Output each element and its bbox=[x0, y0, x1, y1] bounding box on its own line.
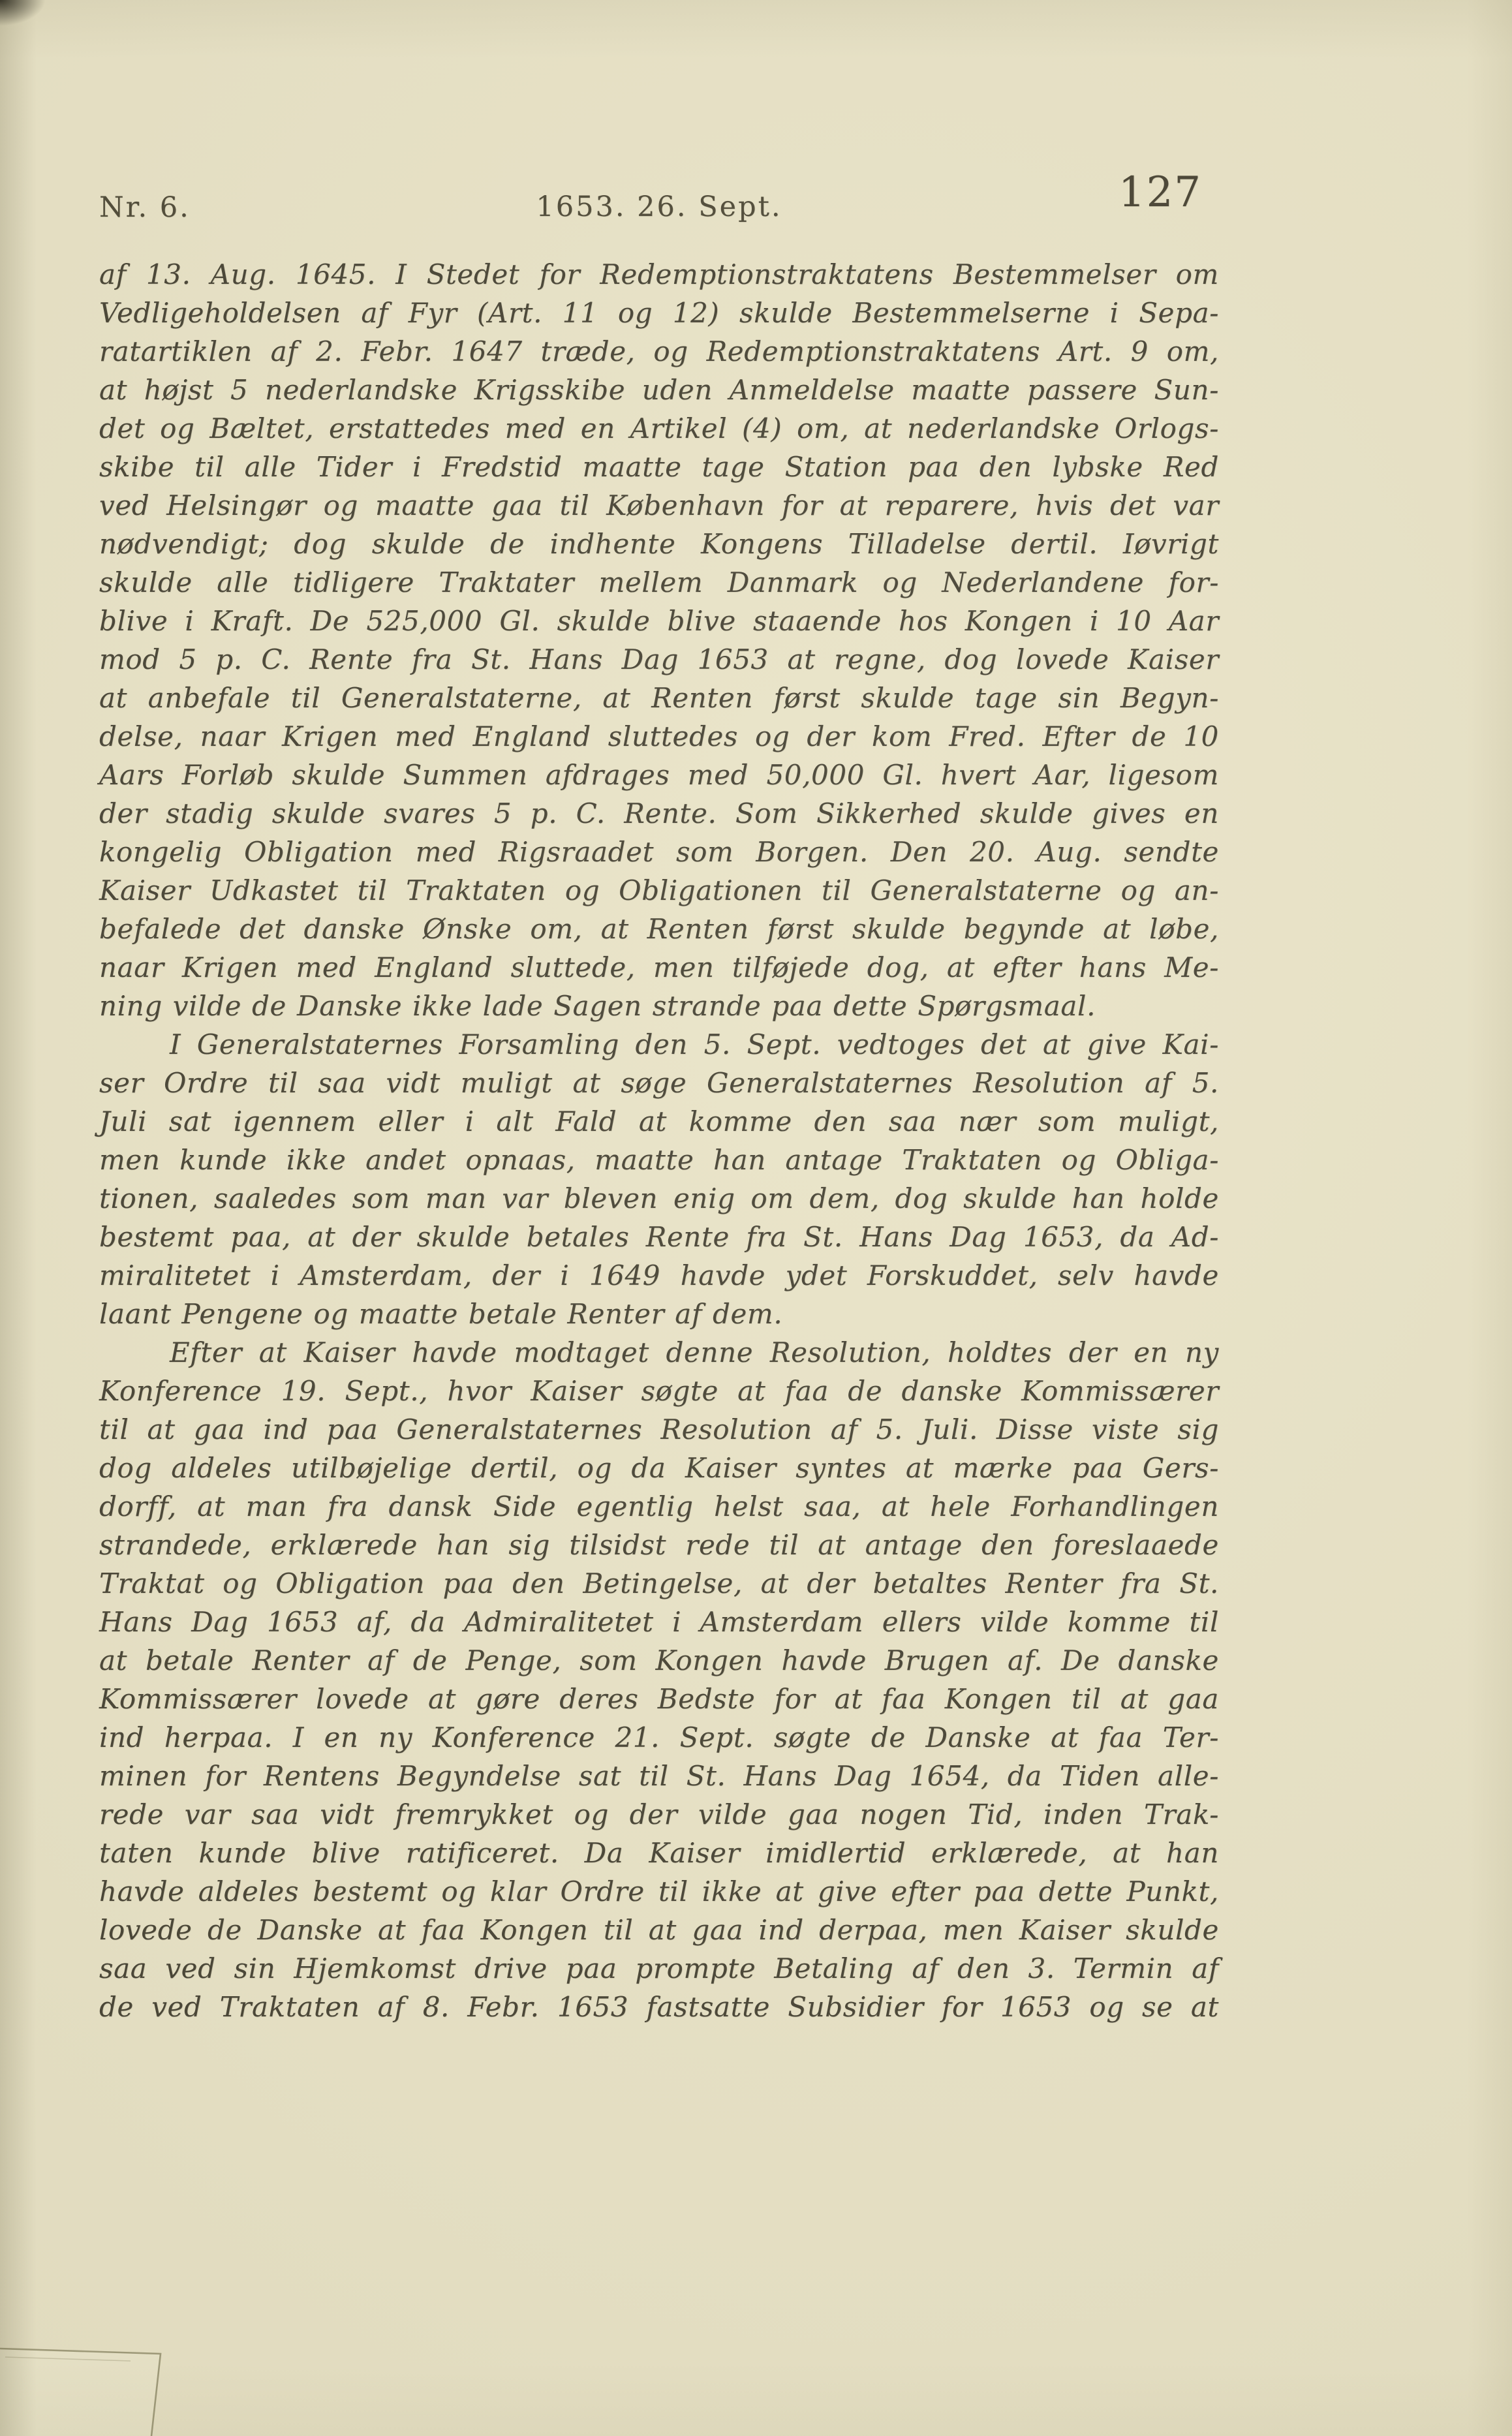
text-line: saa ved sin Hjemkomst drive paa prompte … bbox=[99, 1949, 1219, 1988]
text-line: Kaiser Udkastet til Traktaten og Obligat… bbox=[99, 871, 1219, 910]
text-line: rede var saa vidt fremrykket og der vild… bbox=[99, 1795, 1219, 1834]
scan-edge-smudge bbox=[0, 0, 46, 26]
text-line: ind herpaa. I en ny Konference 21. Sept.… bbox=[99, 1718, 1219, 1757]
text-line: dorff, at man fra dansk Side egentlig he… bbox=[99, 1487, 1219, 1526]
text-line: de ved Traktaten af 8. Febr. 1653 fastsa… bbox=[99, 1988, 1219, 2026]
text-line: I Generalstaternes Forsamling den 5. Sep… bbox=[99, 1025, 1219, 1064]
text-line: bestemt paa, at der skulde betales Rente… bbox=[99, 1218, 1219, 1256]
text-line: at højst 5 nederlandske Krigsskibe uden … bbox=[99, 371, 1219, 409]
text-line: skibe til alle Tider i Fredstid maatte t… bbox=[99, 448, 1219, 486]
text-line: tionen, saaledes som man var bleven enig… bbox=[99, 1179, 1219, 1218]
scanned-book-page: Nr. 6. 1653. 26. Sept. 127 af 13. Aug. 1… bbox=[0, 0, 1512, 2436]
text-line: Vedligeholdelsen af Fyr (Art. 11 og 12) … bbox=[99, 294, 1219, 332]
text-line: Konference 19. Sept., hvor Kaiser søgte … bbox=[99, 1372, 1219, 1410]
text-line: Traktat og Obligation paa den Betingelse… bbox=[99, 1564, 1219, 1603]
text-line: dog aldeles utilbøjelige dertil, og da K… bbox=[99, 1449, 1219, 1487]
text-line: taten kunde blive ratificeret. Da Kaiser… bbox=[99, 1834, 1219, 1872]
text-line: ning vilde de Danske ikke lade Sagen str… bbox=[99, 987, 1219, 1025]
text-line: Hans Dag 1653 af, da Admiralitetet i Ams… bbox=[99, 1603, 1219, 1641]
text-line: ser Ordre til saa vidt muligt at søge Ge… bbox=[99, 1064, 1219, 1102]
text-line: af 13. Aug. 1645. I Stedet for Redemptio… bbox=[99, 255, 1219, 294]
text-line: Juli sat igennem eller i alt Fald at kom… bbox=[99, 1102, 1219, 1141]
text-line: havde aldeles bestemt og klar Ordre til … bbox=[99, 1872, 1219, 1911]
page-number: 127 bbox=[1018, 172, 1202, 213]
text-line: strandede, erklærede han sig tilsidst re… bbox=[99, 1526, 1219, 1564]
text-line: at anbefale til Generalstaterne, at Rent… bbox=[99, 679, 1219, 717]
text-line: Aars Forløb skulde Summen afdrages med 5… bbox=[99, 756, 1219, 794]
text-line: nødvendigt; dog skulde de indhente Konge… bbox=[99, 525, 1219, 563]
text-line: ratartiklen af 2. Febr. 1647 træde, og R… bbox=[99, 332, 1219, 371]
text-line: der stadig skulde svares 5 p. C. Rente. … bbox=[99, 794, 1219, 833]
text-line: Kommissærer lovede at gøre deres Bedste … bbox=[99, 1680, 1219, 1718]
body-text-block: af 13. Aug. 1645. I Stedet for Redemptio… bbox=[99, 255, 1219, 2026]
text-line: minen for Rentens Begyndelse sat til St.… bbox=[99, 1757, 1219, 1795]
underlying-page-corner bbox=[0, 2343, 176, 2436]
text-line: lovede de Danske at faa Kongen til at ga… bbox=[99, 1911, 1219, 1949]
text-line: at betale Renter af de Penge, som Kongen… bbox=[99, 1641, 1219, 1680]
text-line: befalede det danske Ønske om, at Renten … bbox=[99, 910, 1219, 948]
text-line: laant Pengene og maatte betale Renter af… bbox=[99, 1295, 1219, 1333]
text-line: delse, naar Krigen med England sluttedes… bbox=[99, 717, 1219, 756]
text-line: blive i Kraft. De 525,000 Gl. skulde bli… bbox=[99, 602, 1219, 640]
text-line: men kunde ikke andet opnaas, maatte han … bbox=[99, 1141, 1219, 1179]
text-line: naar Krigen med England sluttede, men ti… bbox=[99, 948, 1219, 987]
text-line: det og Bæltet, erstattedes med en Artike… bbox=[99, 409, 1219, 448]
text-line: kongelig Obligation med Rigsraadet som B… bbox=[99, 833, 1219, 871]
text-line: skulde alle tidligere Traktater mellem D… bbox=[99, 563, 1219, 602]
text-line: mod 5 p. C. Rente fra St. Hans Dag 1653 … bbox=[99, 640, 1219, 679]
text-line: til at gaa ind paa Generalstaternes Reso… bbox=[99, 1410, 1219, 1449]
text-line: miralitetet i Amsterdam, der i 1649 havd… bbox=[99, 1256, 1219, 1295]
text-line: Efter at Kaiser havde modtaget denne Res… bbox=[99, 1333, 1219, 1372]
text-line: ved Helsingør og maatte gaa til Københav… bbox=[99, 486, 1219, 525]
